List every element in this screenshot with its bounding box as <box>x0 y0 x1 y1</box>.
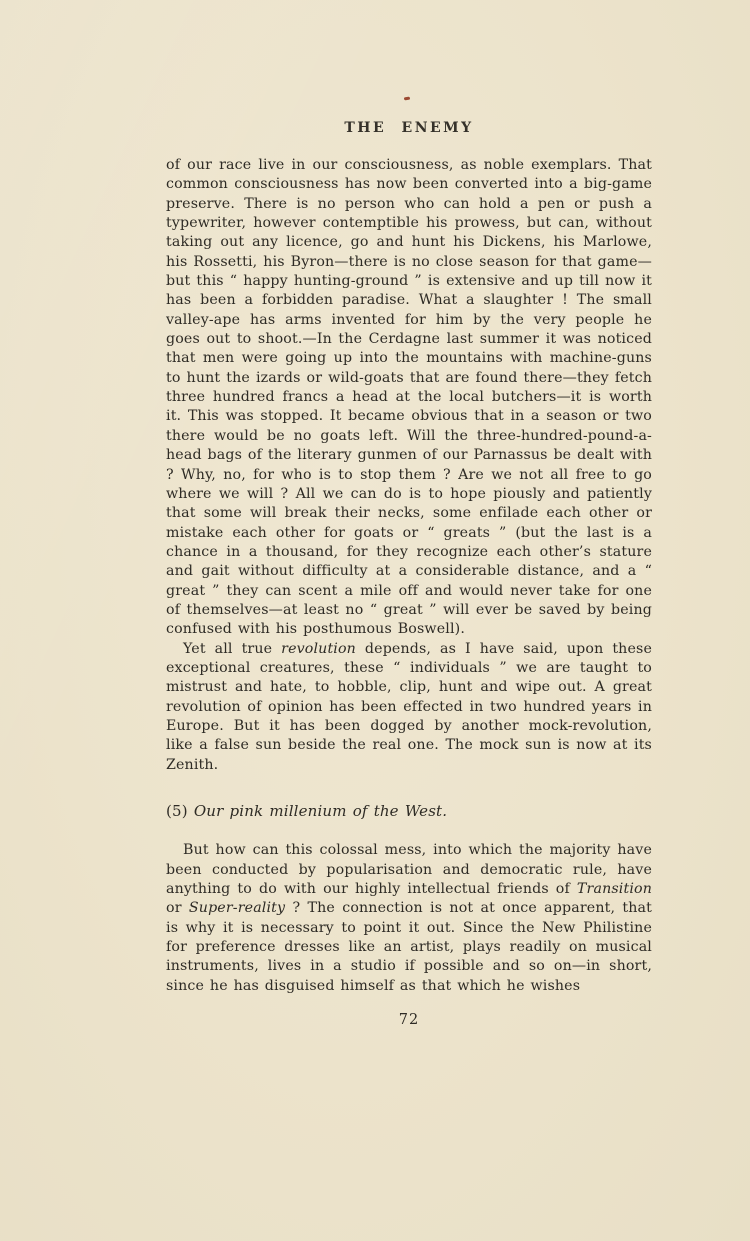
text-segment: or <box>166 900 189 916</box>
page-number: 72 <box>166 1012 652 1028</box>
italic-text-segment: revolution <box>281 641 356 657</box>
section-heading: (5) Our pink millenium of the West. <box>166 802 652 821</box>
text-segment: Yet all true <box>183 641 281 657</box>
text-block: of our race live in our consciousness, a… <box>166 156 652 996</box>
paragraph: Yet all true revolution depends, as I ha… <box>166 640 652 775</box>
italic-text-segment: Super-reality <box>189 900 285 916</box>
ink-speck-mark <box>404 97 410 101</box>
book-page: THE ENEMY of our race live in our consci… <box>0 0 750 1241</box>
paragraph: But how can this colossal mess, into whi… <box>166 841 652 996</box>
italic-text-segment: Our pink millenium of the West. <box>194 802 447 820</box>
text-segment: of our race live in our consciousness, a… <box>166 157 652 637</box>
running-header: THE ENEMY <box>166 121 652 135</box>
italic-text-segment: Transition <box>577 881 652 897</box>
text-segment: (5) <box>166 802 194 820</box>
paragraph: of our race live in our consciousness, a… <box>166 156 652 640</box>
text-segment: depends, as I have said, upon these exce… <box>166 641 652 773</box>
